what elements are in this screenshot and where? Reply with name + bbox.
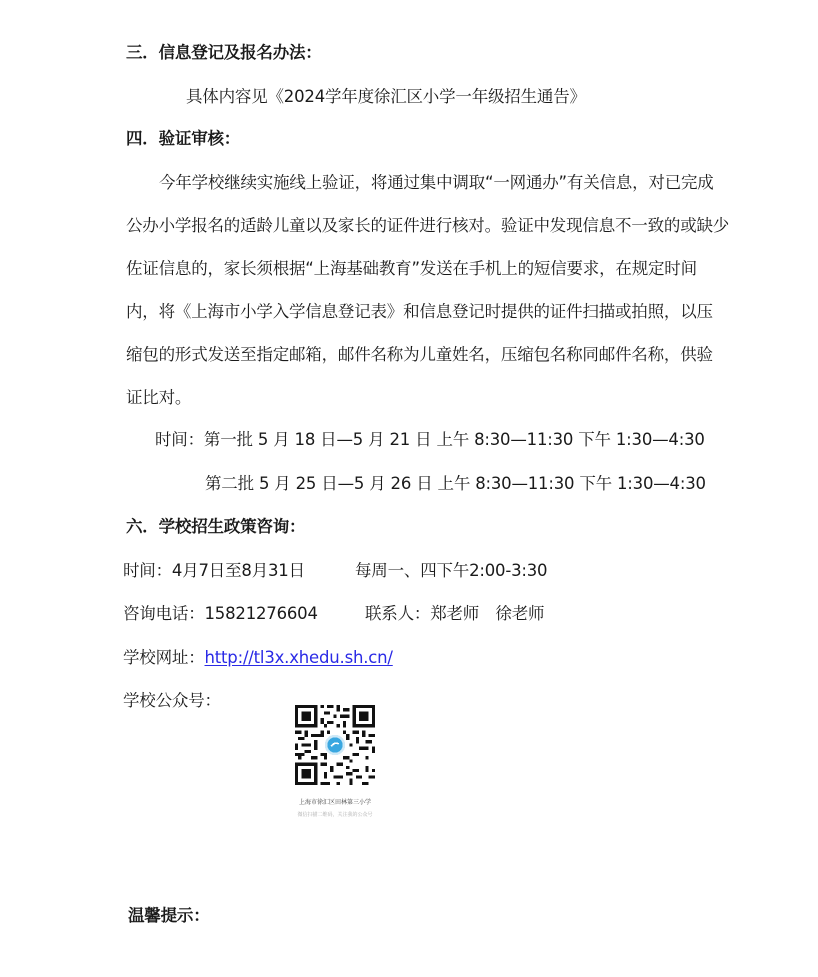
paragraph-line: 证比对。 [126,387,191,409]
tips-heading: 温馨提示： [128,905,210,927]
consult-time-detail: 每周一、四下午2:00-3:30 [355,560,547,582]
contact-person: 联系人：郑老师 徐老师 [365,603,544,625]
section-3-heading: 三．信息登记及报名办法： [126,42,322,64]
paragraph-line: 佐证信息的，家长须根据“上海基础教育”发送在手机上的短信要求，在规定时间 [126,258,697,280]
consult-phone: 咨询电话：15821276604 [123,603,318,625]
paragraph-line: 缩包的形式发送至指定邮箱，邮件名称为儿童姓名，压缩包名称同邮件名称，供验 [126,344,713,366]
wechat-label: 学校公众号： [123,690,221,712]
paragraph-line: 今年学校继续实施线上验证，将通过集中调取“一网通办”有关信息，对已完成 [159,172,714,194]
section-6-heading: 六．学校招生政策咨询： [126,516,305,538]
website-label: 学校网址： [123,648,205,667]
section-3-body: 具体内容见《2024学年度徐汇区小学一年级招生通告》 [186,86,586,108]
qr-caption: 上海市徐汇区田林第三小学 [280,799,390,807]
schedule-batch-1: 时间：第一批 5 月 18 日—5 月 21 日 上午 8:30—11:30 下… [155,429,705,451]
consult-time: 时间：4月7日至8月31日 [123,560,305,582]
schedule-batch-2: 第二批 5 月 25 日—5 月 26 日 上午 8:30—11:30 下午 1… [205,473,706,495]
wechat-qr-card: 上海市徐汇区田林第三小学 微信扫描二维码，关注我的公众号 [280,705,390,819]
paragraph-line: 公办小学报名的适龄儿童以及家长的证件进行核对。验证中发现信息不一致的或缺少 [126,215,729,237]
website-link[interactable]: http://tl3x.xhedu.sh.cn/ [205,648,393,667]
website-row: 学校网址：http://tl3x.xhedu.sh.cn/ [123,647,393,669]
paragraph-line: 内，将《上海市小学入学信息登记表》和信息登记时提供的证件扫描或拍照，以压 [126,301,713,323]
section-4-heading: 四．验证审核： [126,128,240,150]
qr-code-icon [295,705,375,785]
qr-subcaption: 微信扫描二维码，关注我的公众号 [280,812,390,819]
